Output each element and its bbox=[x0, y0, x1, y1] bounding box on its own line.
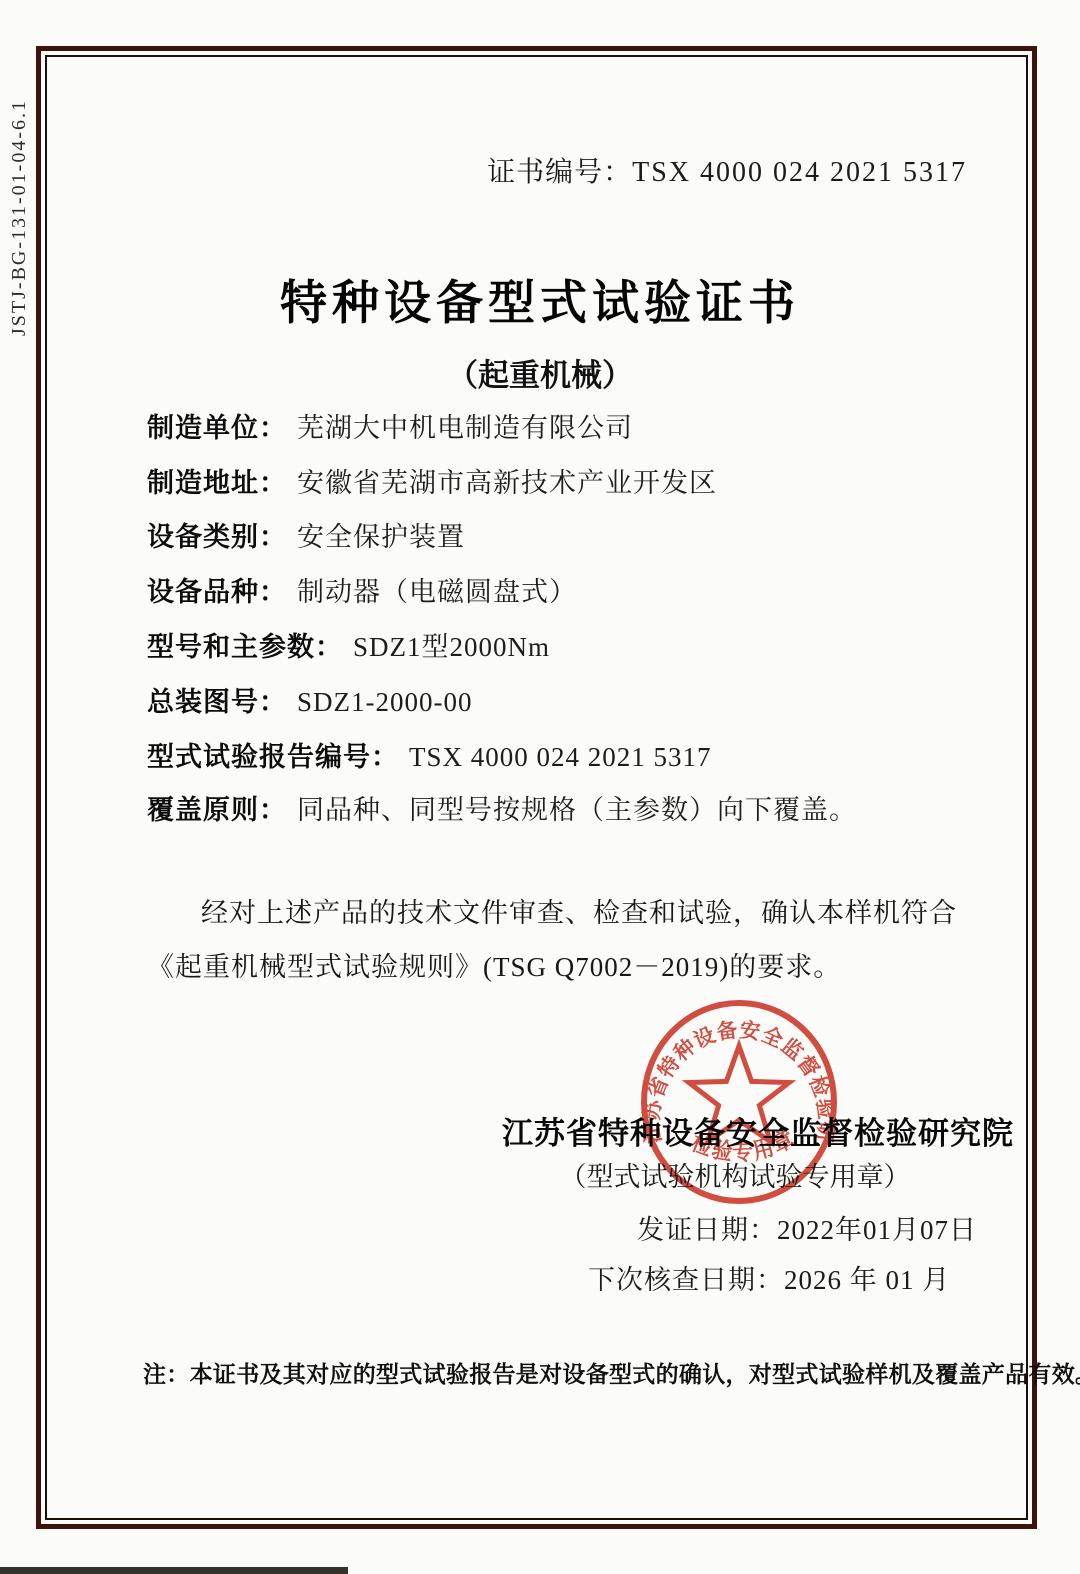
field-model-parameters-value: SDZ1型2000Nm bbox=[353, 630, 550, 664]
field-manufacturer: 制造单位： 芜湖大中机电制造有限公司 bbox=[147, 411, 633, 445]
field-manufacturer-value: 芜湖大中机电制造有限公司 bbox=[297, 411, 633, 445]
page-subtitle: （起重机械） bbox=[0, 350, 1080, 395]
field-manufacturer-label: 制造单位： bbox=[147, 411, 287, 445]
field-model-parameters: 型号和主参数： SDZ1型2000Nm bbox=[147, 630, 550, 664]
field-address: 制造地址： 安徽省芜湖市高新技术产业开发区 bbox=[147, 466, 717, 500]
field-test-report-no-label: 型式试验报告编号： bbox=[147, 740, 399, 774]
field-equipment-variety-label: 设备品种： bbox=[147, 575, 287, 609]
issue-date-value: 2022年01月07日 bbox=[777, 1215, 977, 1245]
next-inspection-date-label: 下次核查日期： bbox=[588, 1265, 784, 1295]
next-inspection-date-value: 2026 年 01 月 bbox=[784, 1265, 950, 1295]
field-model-parameters-label: 型号和主参数： bbox=[147, 630, 343, 664]
field-equipment-variety: 设备品种： 制动器（电磁圆盘式） bbox=[147, 575, 577, 609]
next-inspection-date-line: 下次核查日期：2026 年 01 月 bbox=[588, 1258, 950, 1297]
issue-date-line: 发证日期：2022年01月07日 bbox=[637, 1208, 977, 1247]
field-coverage-principle-label: 覆盖原则： bbox=[147, 793, 287, 827]
field-test-report-no-value: TSX 4000 024 2021 5317 bbox=[409, 740, 712, 774]
field-assembly-drawing-no-label: 总装图号： bbox=[147, 685, 287, 719]
issuer-seal-note: （型式试验机构试验专用章） bbox=[515, 1155, 955, 1194]
field-equipment-category: 设备类别： 安全保护装置 bbox=[147, 520, 465, 554]
certificate-number: 证书编号：TSX 4000 024 2021 5317 bbox=[487, 150, 967, 190]
field-coverage-principle-value: 同品种、同型号按规格（主参数）向下覆盖。 bbox=[297, 793, 857, 827]
field-address-value: 安徽省芜湖市高新技术产业开发区 bbox=[297, 466, 717, 500]
certificate-number-label: 证书编号： bbox=[487, 157, 632, 188]
page-title: 特种设备型式试验证书 bbox=[0, 266, 1080, 333]
scan-edge-artifact bbox=[0, 1567, 348, 1574]
field-address-label: 制造地址： bbox=[147, 466, 287, 500]
field-equipment-category-value: 安全保护装置 bbox=[297, 520, 465, 554]
field-equipment-variety-value: 制动器（电磁圆盘式） bbox=[297, 575, 577, 609]
field-coverage-principle: 覆盖原则： 同品种、同型号按规格（主参数）向下覆盖。 bbox=[147, 793, 857, 827]
field-test-report-no: 型式试验报告编号： TSX 4000 024 2021 5317 bbox=[147, 740, 712, 774]
field-assembly-drawing-no-value: SDZ1-2000-00 bbox=[297, 685, 473, 719]
field-assembly-drawing-no: 总装图号： SDZ1-2000-00 bbox=[147, 685, 473, 719]
certificate-number-value: TSX 4000 024 2021 5317 bbox=[632, 157, 967, 188]
field-equipment-category-label: 设备类别： bbox=[147, 520, 287, 554]
issue-date-label: 发证日期： bbox=[637, 1215, 777, 1245]
issuer-name: 江苏省特种设备安全监督检验研究院 bbox=[502, 1108, 1014, 1153]
conformity-statement: 经对上述产品的技术文件审查、检查和试验，确认本样机符合《起重机械型式试验规则》(… bbox=[147, 886, 989, 994]
validity-footnote: 注：本证书及其对应的型式试验报告是对设备型式的确认，对型式试验样机及覆盖产品有效… bbox=[143, 1356, 993, 1389]
